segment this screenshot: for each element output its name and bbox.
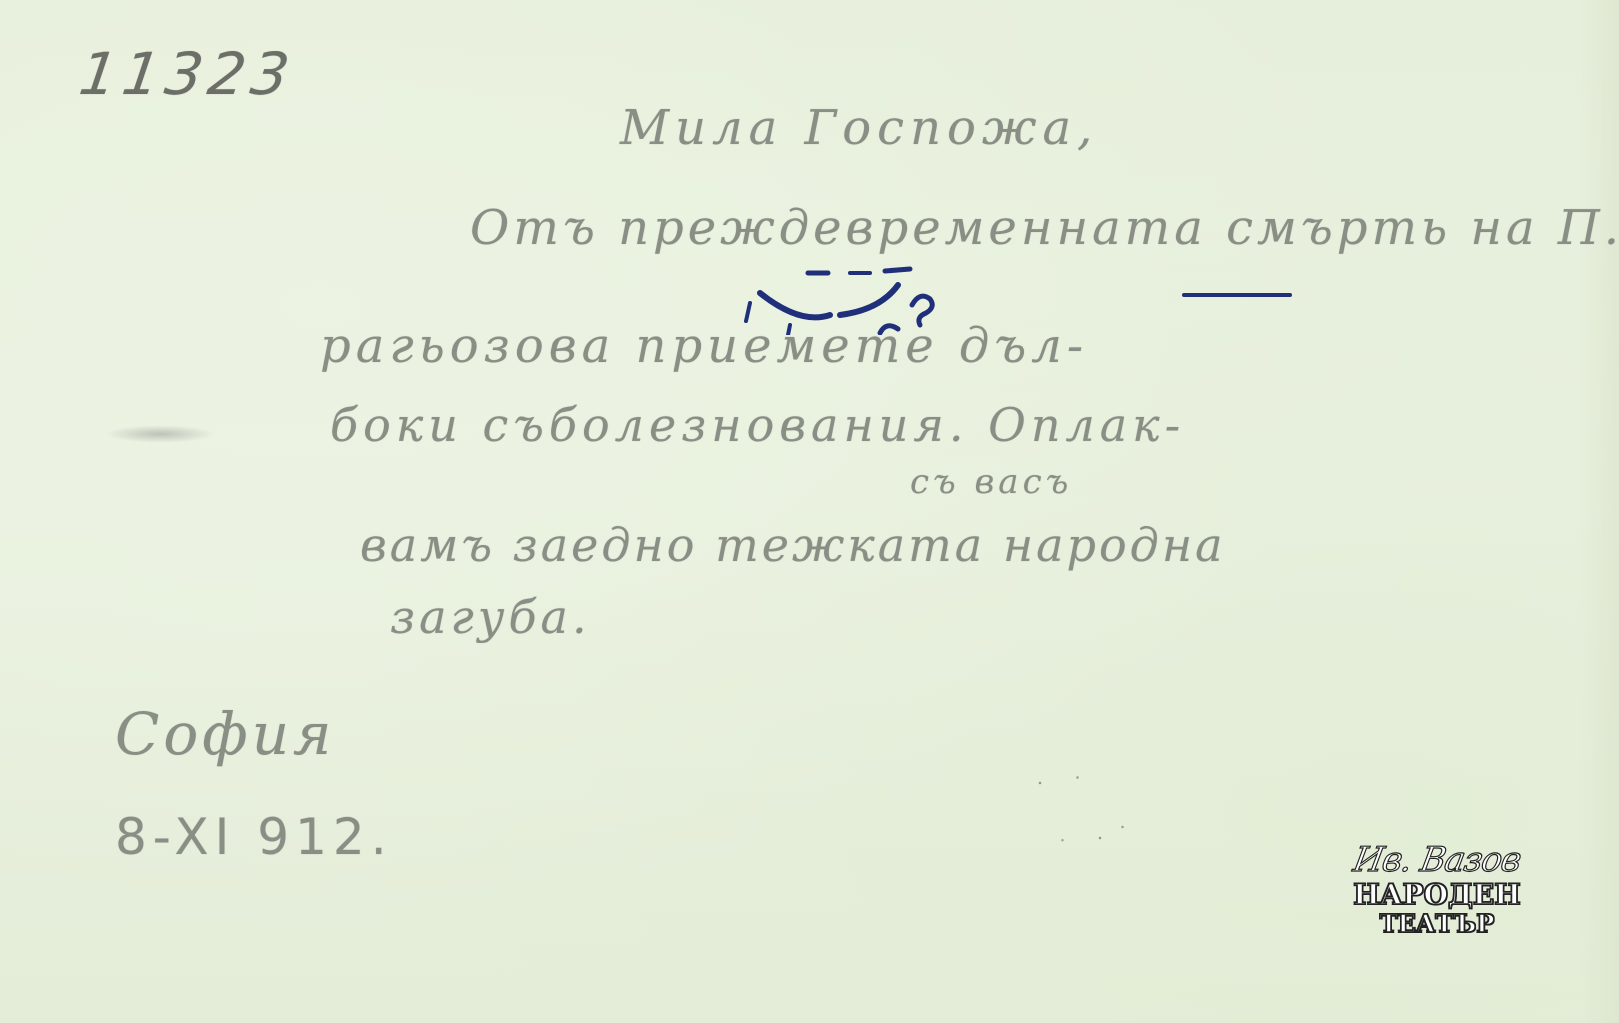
pencil-smudge xyxy=(105,425,215,443)
body-line-4: вамъ заедно тежката народна xyxy=(360,518,1226,572)
body-line-3: боки съболезнования. Оплак- xyxy=(330,398,1185,452)
place-of-writing: София xyxy=(115,700,335,768)
paper-edge xyxy=(1579,0,1619,1023)
watermark-script: Ив. Вазов xyxy=(1348,840,1525,880)
stamp-residue xyxy=(1010,750,1160,860)
salutation: Мила Госпожа, xyxy=(620,100,1098,156)
body-line-2: рагьозова приемете дъл- xyxy=(320,318,1088,374)
ink-stamp-icon xyxy=(720,255,960,335)
body-insertion: съ васъ xyxy=(910,462,1072,502)
date: 8-XI 912. xyxy=(115,808,393,866)
body-line-1: Отъ преждевременната смърть на П. Ка- xyxy=(470,200,1619,256)
archive-number: 11323 xyxy=(75,40,299,108)
watermark-line-2: ТЕАТЪР xyxy=(1352,910,1522,938)
watermark-line-1: НАРОДЕН xyxy=(1352,880,1522,910)
national-theatre-watermark: Ив. Вазов НАРОДЕН ТЕАТЪР xyxy=(1352,840,1522,938)
body-line-5: загуба. xyxy=(390,590,591,644)
stamp-dash-mark xyxy=(1182,293,1292,297)
